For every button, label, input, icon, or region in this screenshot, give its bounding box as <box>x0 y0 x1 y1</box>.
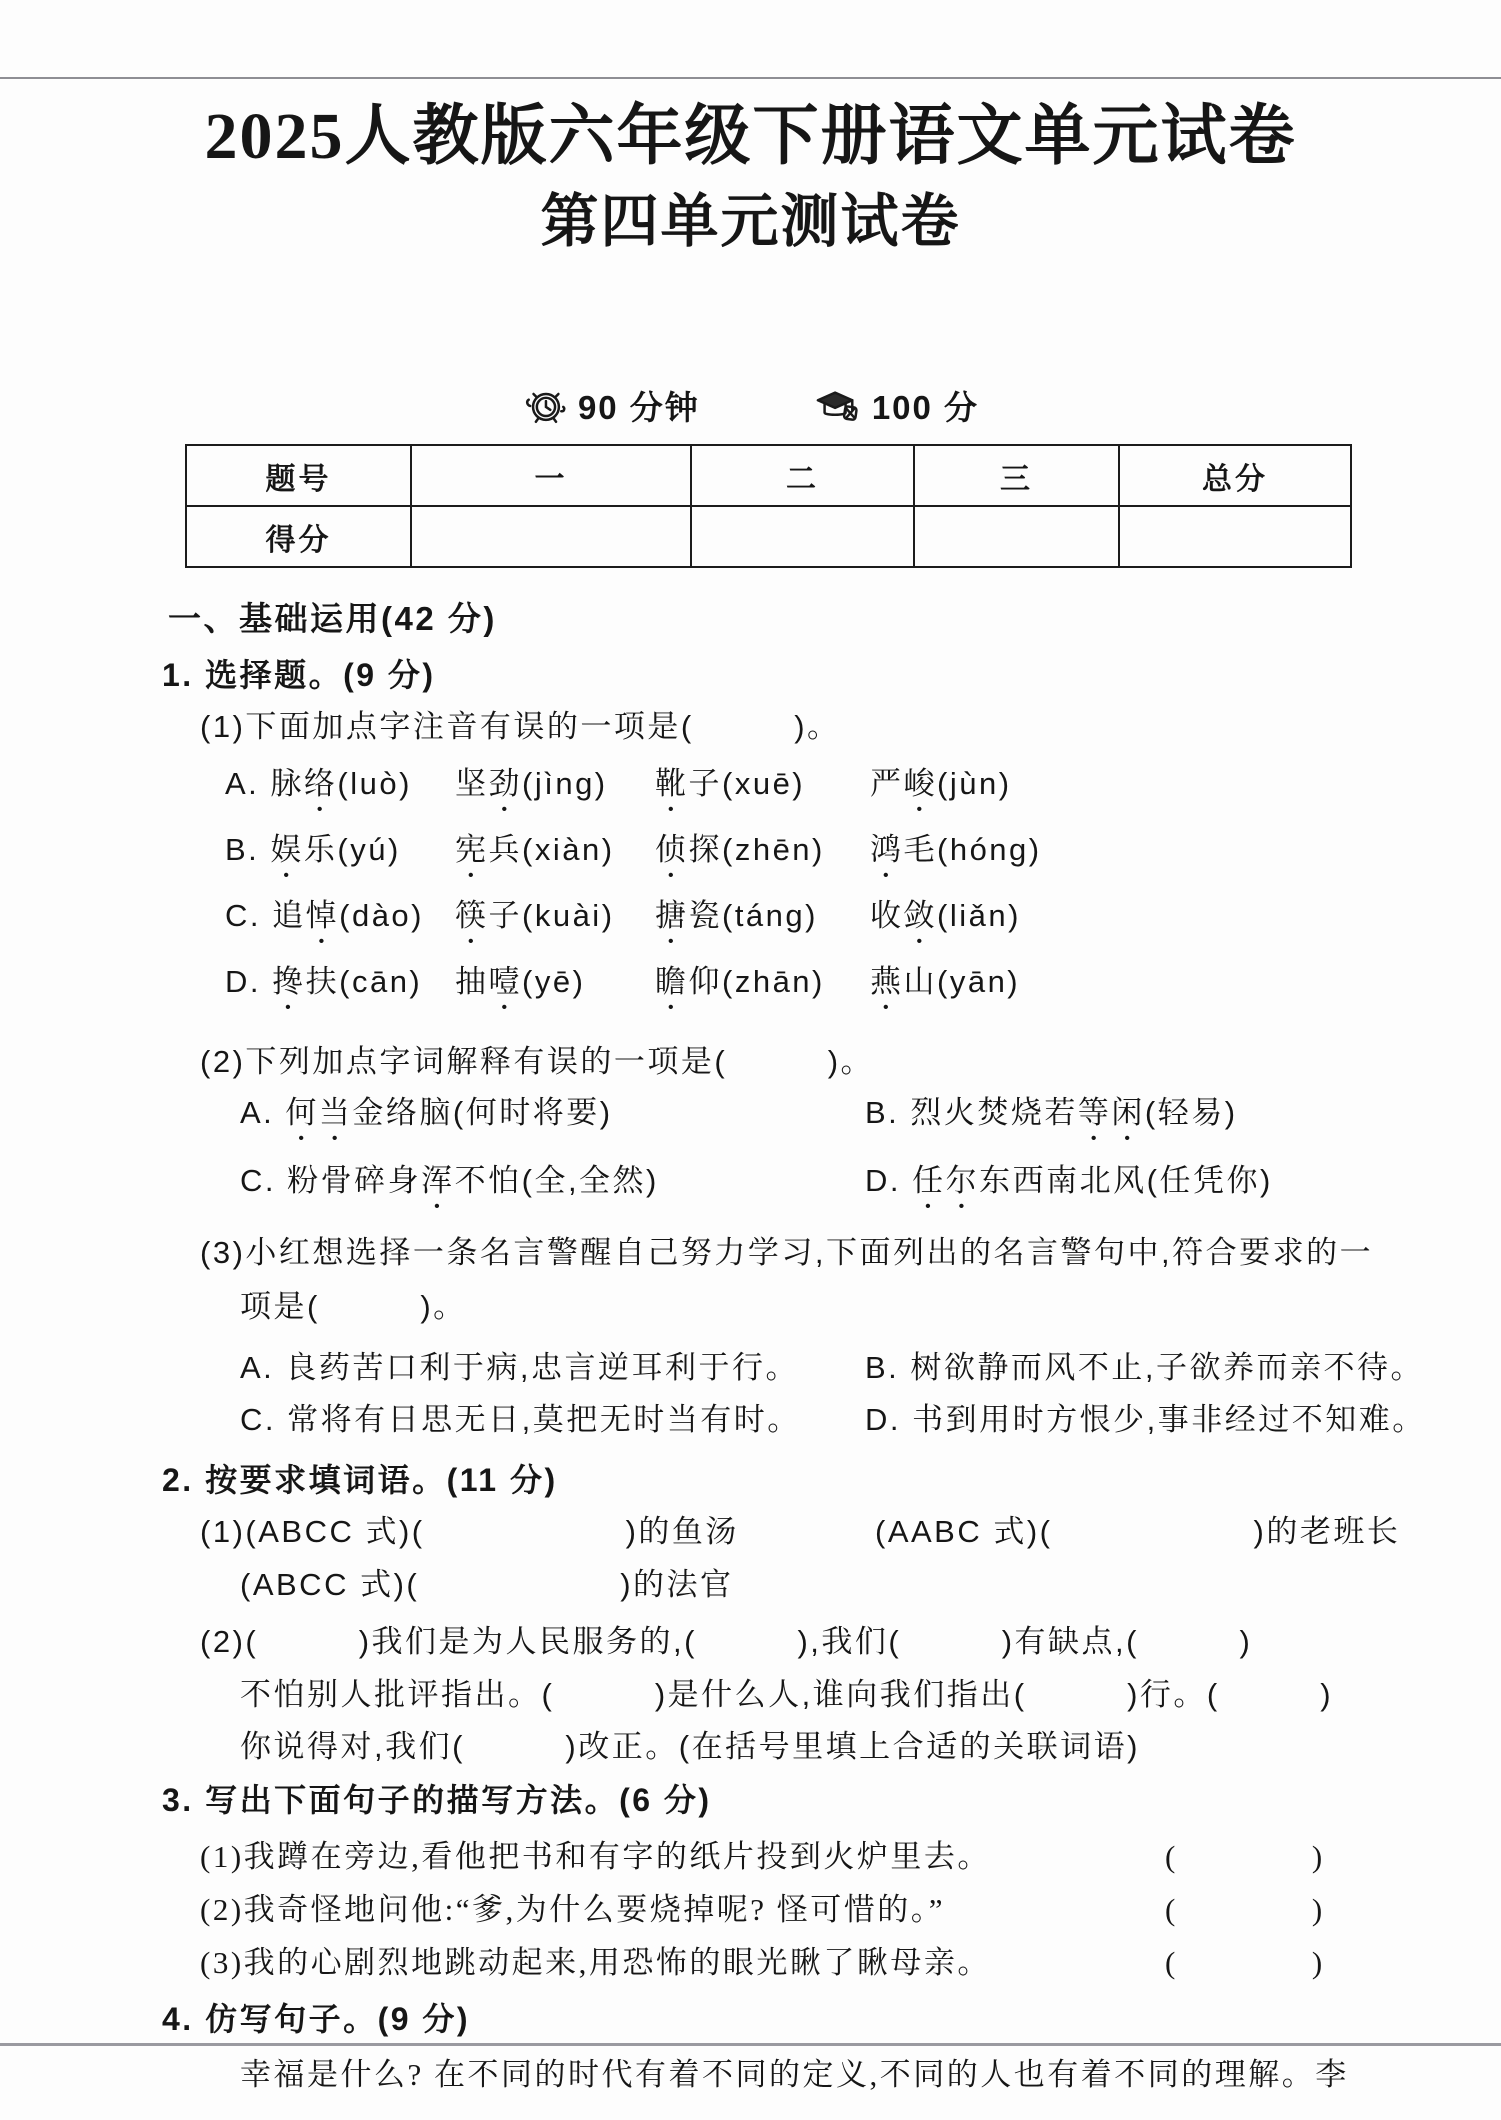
score-table-header-cell: 总分 <box>1119 445 1351 506</box>
paper-subtitle: 第四单元测试卷 <box>0 190 1501 254</box>
score-table-header-cell: 二 <box>691 445 914 506</box>
option-cell: D. 任尔东西南北风(任凭你) <box>865 1163 1501 1215</box>
option-cell: 严峻(jùn) <box>870 766 1501 818</box>
question-1-2-stem: (2)下列加点字词解释有误的一项是( )。 <box>200 1045 1501 1079</box>
option-cell: B. 娱乐(yú) <box>225 832 455 884</box>
option-cell: D. 书到用时方恨少,事非经过不知难。 <box>865 1403 1501 1437</box>
option-cell: C. 追悼(dào) <box>225 898 455 950</box>
score-cell <box>1119 506 1351 567</box>
score-table-header-cell: 一 <box>411 445 691 506</box>
option-cell: B. 烈火焚烧若等闲(轻易) <box>865 1095 1501 1147</box>
score-table: 题号 一 二 三 总分 得分 <box>185 444 1352 568</box>
question-2-stem: 2. 按要求填词语。(11 分) <box>162 1463 1501 1497</box>
option-cell: C. 常将有日思无日,莫把无时当有时。 <box>240 1403 865 1437</box>
fill-blank-item: (AABC 式)( )的老班长 <box>875 1515 1501 1549</box>
question-1-3-stem-line1: (3)小红想选择一条名言警醒自己努力学习,下面列出的名言警句中,符合要求的一 <box>200 1236 1501 1270</box>
total-score-group: 100 分 <box>812 382 979 429</box>
fill-blank-item: (1)(ABCC 式)( )的鱼汤 <box>200 1515 875 1549</box>
option-cell: 收敛(liǎn) <box>870 898 1501 950</box>
option-cell: C. 粉骨碎身浑不怕(全,全然) <box>240 1163 865 1215</box>
question-1-1-row-a: A. 脉络(luò) 坚劲(jìng) 靴子(xuē) 严峻(jùn) <box>225 766 1501 818</box>
question-3-stem: 3. 写出下面句子的描写方法。(6 分) <box>162 1783 1501 1817</box>
question-3-item-1: (1)我蹲在旁边,看他把书和有字的纸片投到火炉里去。 ( ) <box>200 1840 1501 1874</box>
option-cell: 侦探(zhēn) <box>655 832 870 884</box>
option-cell: 鸿毛(hóng) <box>870 832 1501 884</box>
sentence-text: (3)我的心剧烈地跳动起来,用恐怖的眼光瞅了瞅母亲。 <box>200 1945 991 1980</box>
option-cell: 燕山(yān) <box>870 964 1501 1016</box>
graduation-cap-icon <box>812 384 862 426</box>
alarm-clock-icon <box>522 382 568 428</box>
option-cell: 坚劲(jìng) <box>455 766 655 818</box>
option-cell: A. 良药苦口利于病,忠言逆耳利于行。 <box>240 1351 865 1385</box>
question-1-3-options-ab: A. 良药苦口利于病,忠言逆耳利于行。 B. 树欲静而风不止,子欲养而亲不待。 <box>240 1351 1501 1385</box>
option-cell: 搪瓷(táng) <box>655 898 870 950</box>
page-top-edge <box>0 77 1501 79</box>
answer-blank: ( ) <box>1165 1840 1325 1874</box>
question-2-2-line1: (2)( )我们是为人民服务的,( ),我们( )有缺点,( ) <box>200 1625 1501 1659</box>
score-cell <box>914 506 1119 567</box>
option-cell: 宪兵(xiàn) <box>455 832 655 884</box>
question-4-stem: 4. 仿写句子。(9 分) <box>162 2002 1501 2036</box>
question-1-1-row-c: C. 追悼(dào) 筷子(kuài) 搪瓷(táng) 收敛(liǎn) <box>225 898 1501 950</box>
meta-row: 90 分钟 100 分 <box>0 382 1501 428</box>
score-cell <box>691 506 914 567</box>
question-1-1-row-b: B. 娱乐(yú) 宪兵(xiàn) 侦探(zhēn) 鸿毛(hóng) <box>225 832 1501 884</box>
paper-title: 2025人教版六年级下册语文单元试卷 <box>0 100 1501 174</box>
section-1-heading: 一、基础运用(42 分) <box>168 602 1501 636</box>
page-bottom-edge <box>0 2043 1501 2046</box>
answer-blank: ( ) <box>1165 1893 1325 1927</box>
option-cell: A. 何当金络脑(何时将要) <box>240 1095 865 1147</box>
score-table-score-row: 得分 <box>186 506 1351 567</box>
question-3-item-3: (3)我的心剧烈地跳动起来,用恐怖的眼光瞅了瞅母亲。 ( ) <box>200 1946 1501 1980</box>
score-table-header-cell: 题号 <box>186 445 411 506</box>
score-row-label: 得分 <box>186 506 411 567</box>
question-1-2-options-ab: A. 何当金络脑(何时将要) B. 烈火焚烧若等闲(轻易) <box>240 1095 1501 1147</box>
option-cell: 瞻仰(zhān) <box>655 964 870 1016</box>
question-3-item-2: (2)我奇怪地问他:“爹,为什么要烧掉呢? 怪可惜的。” ( ) <box>200 1893 1501 1927</box>
sentence-text: (2)我奇怪地问他:“爹,为什么要烧掉呢? 怪可惜的。” <box>200 1892 945 1927</box>
question-1-stem: 1. 选择题。(9 分) <box>162 658 1501 692</box>
total-score-label: 100 分 <box>872 382 979 429</box>
option-cell: B. 树欲静而风不止,子欲养而亲不待。 <box>865 1351 1501 1385</box>
option-cell: D. 搀扶(cān) <box>225 964 455 1016</box>
question-1-1-row-d: D. 搀扶(cān) 抽噎(yē) 瞻仰(zhān) 燕山(yān) <box>225 964 1501 1016</box>
option-cell: 靴子(xuē) <box>655 766 870 818</box>
question-1-3-options-cd: C. 常将有日思无日,莫把无时当有时。 D. 书到用时方恨少,事非经过不知难。 <box>240 1403 1501 1437</box>
score-cell <box>411 506 691 567</box>
answer-blank: ( ) <box>1165 1946 1325 1980</box>
question-2-1-row: (1)(ABCC 式)( )的鱼汤 (AABC 式)( )的老班长 <box>200 1515 1501 1549</box>
option-cell: 抽噎(yē) <box>455 964 655 1016</box>
question-1-1-stem: (1)下面加点字注音有误的一项是( )。 <box>200 710 1501 744</box>
score-table-header-row: 题号 一 二 三 总分 <box>186 445 1351 506</box>
option-cell: A. 脉络(luò) <box>225 766 455 818</box>
sentence-text: (1)我蹲在旁边,看他把书和有字的纸片投到火炉里去。 <box>200 1839 991 1874</box>
question-4-paragraph: 幸福是什么? 在不同的时代有着不同的定义,不同的人也有着不同的理解。李 <box>240 2058 1481 2092</box>
question-1-2-options-cd: C. 粉骨碎身浑不怕(全,全然) D. 任尔东西南北风(任凭你) <box>240 1163 1501 1215</box>
test-paper: 2025人教版六年级下册语文单元试卷 第四单元测试卷 90 分钟 <box>0 0 1501 2092</box>
score-table-header-cell: 三 <box>914 445 1119 506</box>
question-2-2-line3: 你说得对,我们( )改正。(在括号里填上合适的关联词语) <box>240 1730 1501 1764</box>
question-1-3-stem-line2: 项是( )。 <box>240 1290 1501 1324</box>
question-2-1-line2: (ABCC 式)( )的法官 <box>240 1568 1501 1602</box>
question-2-2-line2: 不怕别人批评指出。( )是什么人,谁向我们指出( )行。( ) <box>240 1678 1501 1712</box>
option-cell: 筷子(kuài) <box>455 898 655 950</box>
duration-group: 90 分钟 <box>522 382 700 429</box>
duration-label: 90 分钟 <box>578 382 700 429</box>
